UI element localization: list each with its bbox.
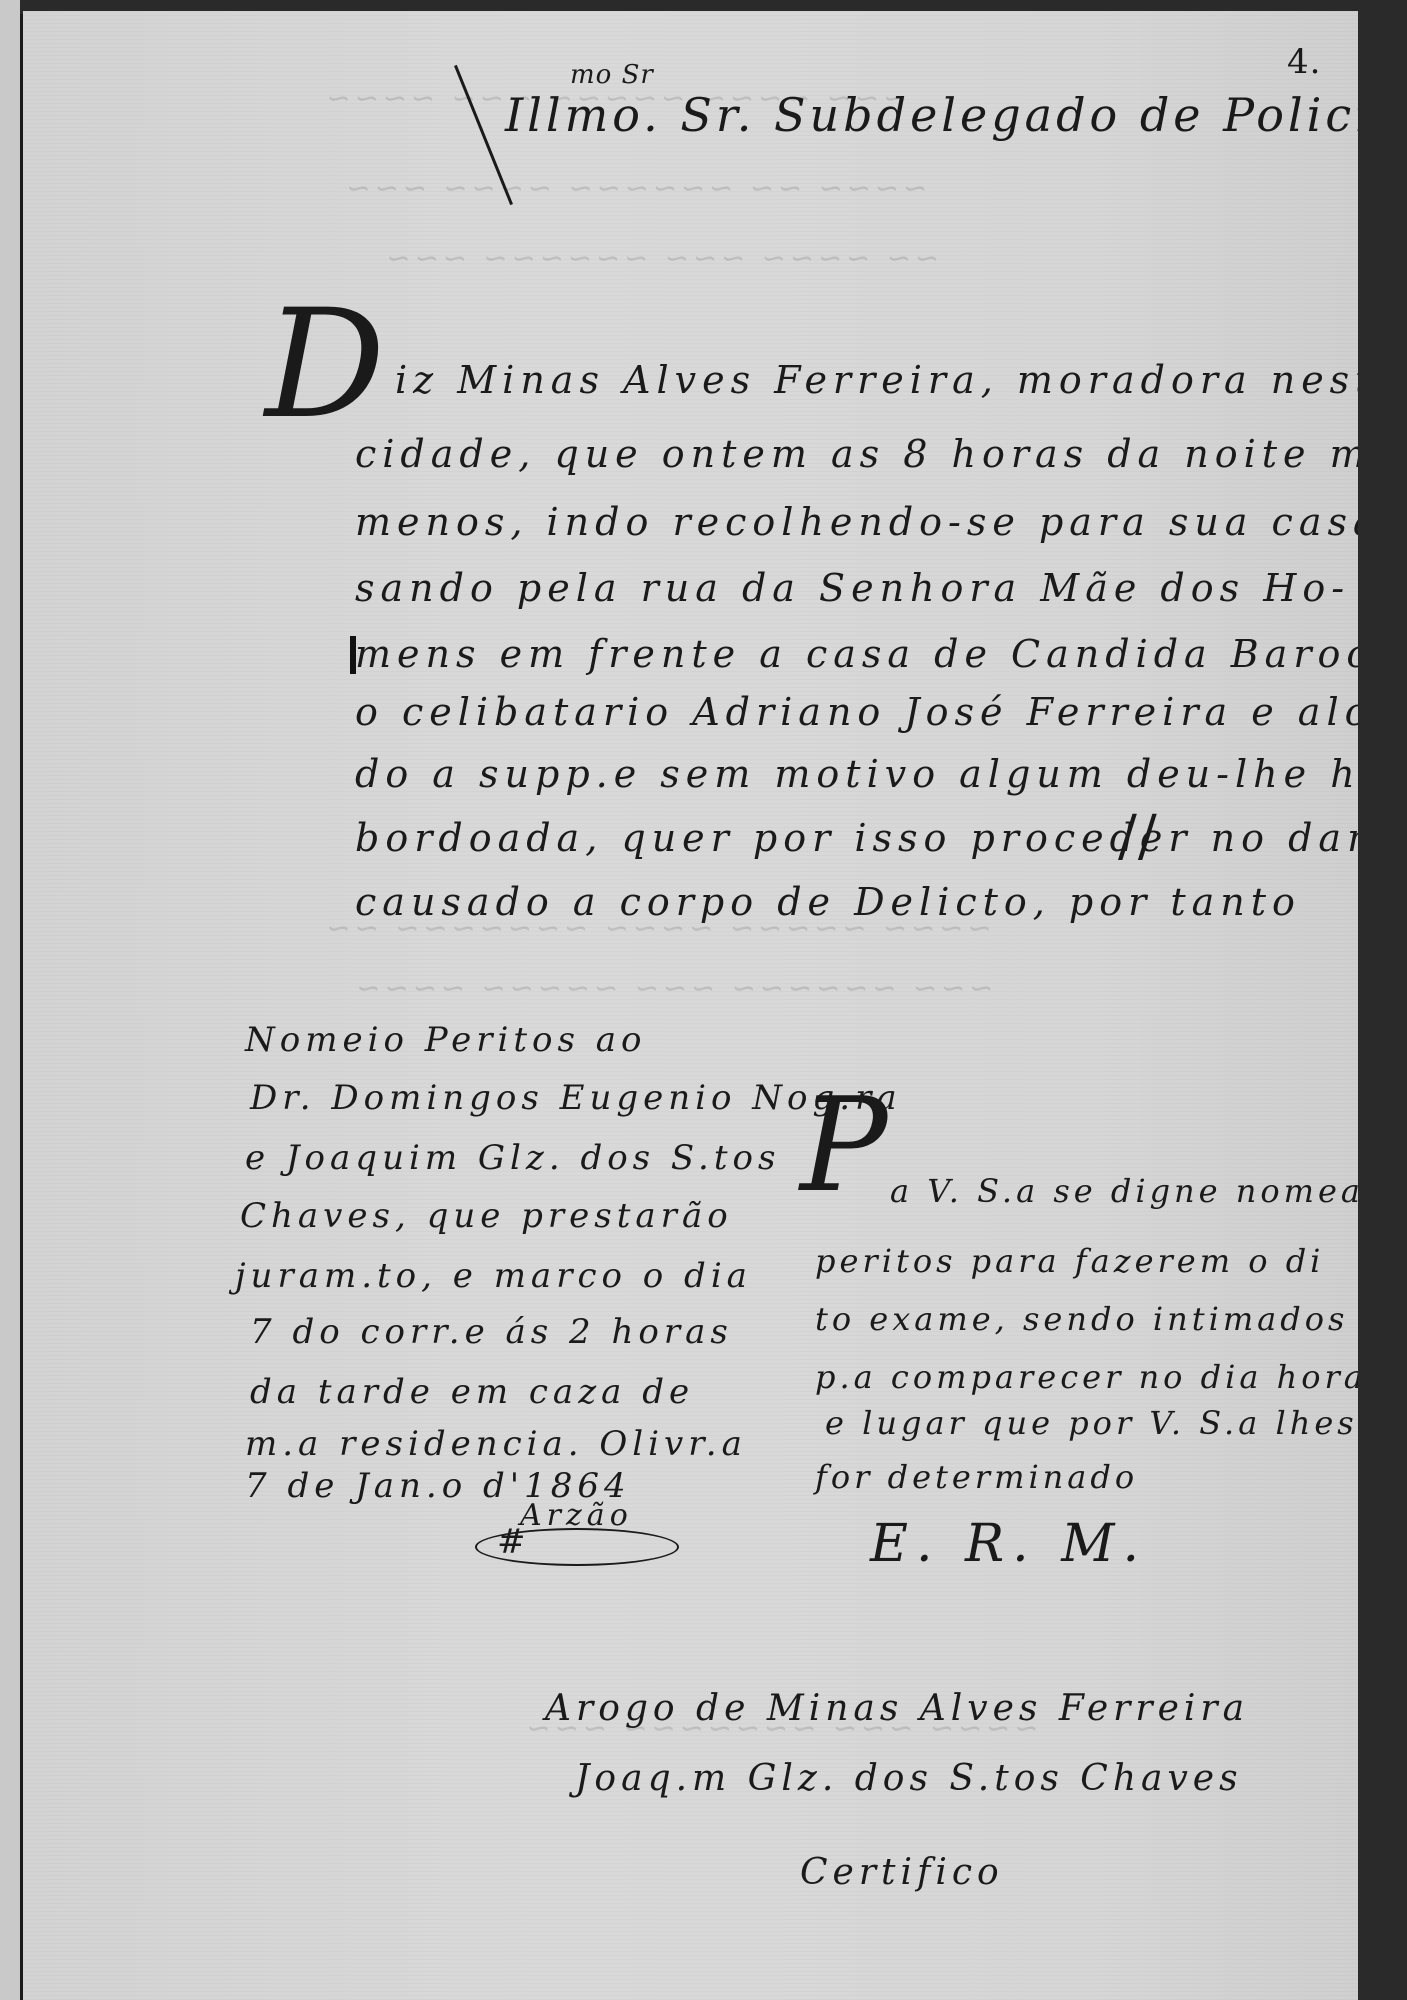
petition-line: o celibatario Adriano José Ferreira e al… xyxy=(355,690,1407,734)
order-line: 7 do corr.e ás 2 horas xyxy=(250,1312,733,1352)
petition-line: bordoada, quer por isso proceder no damn… xyxy=(355,816,1407,860)
page-number: 4. xyxy=(1287,42,1321,82)
signature-line: Joaq.m Glz. dos S.tos Chaves xyxy=(575,1758,1243,1799)
bleed-through-text: ~~~ ~~~~~~ ~~~ ~~~~~ ~~~~ xyxy=(347,971,999,1006)
salutation-heading: Illmo. Sr. Subdelegado de Policia xyxy=(505,88,1405,142)
bleed-through-text: ~~~~ ~~ ~~~~~~ ~~~~ ~~~ xyxy=(337,171,933,206)
request-line: e lugar que por V. S.a lhes xyxy=(825,1404,1358,1442)
request-line: for determinado xyxy=(815,1458,1138,1496)
petition-line: menos, indo recolhendo-se para sua casa … xyxy=(355,500,1407,544)
request-line: to exame, sendo intimados xyxy=(815,1300,1348,1338)
closing-initials: E. R. M. xyxy=(870,1514,1147,1574)
petition-line: do a supp.e sem motivo algum deu-lhe hum… xyxy=(355,752,1407,796)
petition-line: iz Minas Alves Ferreira, moradora nesta xyxy=(395,358,1405,402)
petition-line: mens em frente a casa de Candida Barocha xyxy=(355,632,1407,676)
order-line: Chaves, que prestarão xyxy=(240,1196,733,1236)
order-line: e Joaquim Glz. dos S.tos xyxy=(245,1138,780,1178)
scan-left-strip xyxy=(0,0,20,2000)
petition-line: sando pela rua da Senhora Mãe dos Ho- xyxy=(355,566,1350,610)
request-line: a V. S.a se digne nomear xyxy=(890,1172,1383,1210)
order-line: m.a residencia. Olivr.a xyxy=(245,1424,747,1464)
order-line: da tarde em caza de xyxy=(250,1372,694,1412)
certification-mark: Certifico xyxy=(800,1852,1004,1893)
salutation-superscript: mo Sr xyxy=(570,60,654,90)
signature-rubric-flourish xyxy=(475,1528,679,1566)
bleed-through-text: ~~ ~~~~ ~~~ ~~~~~~ ~~~ xyxy=(377,241,945,276)
petition-line: causado a corpo de Delicto, por tanto xyxy=(355,880,1301,924)
petition-line: cidade, que ontem as 8 horas da noite ma… xyxy=(355,432,1407,476)
decorative-initial-p: P xyxy=(800,1080,887,1210)
order-line: juram.to, e marco o dia xyxy=(235,1256,752,1296)
request-line: p.a comparecer no dia hora xyxy=(815,1358,1367,1396)
scan-top-edge xyxy=(23,0,1358,11)
decorative-initial-d: D xyxy=(265,290,385,440)
signature-line: Arogo de Minas Alves Ferreira xyxy=(545,1688,1249,1729)
scan-right-edge xyxy=(1358,0,1407,2000)
order-line: Nomeio Peritos ao xyxy=(245,1020,646,1060)
ink-margin-mark xyxy=(350,636,356,674)
request-line: peritos para fazerem o di xyxy=(815,1242,1324,1280)
closing-mark: // xyxy=(1118,804,1158,869)
